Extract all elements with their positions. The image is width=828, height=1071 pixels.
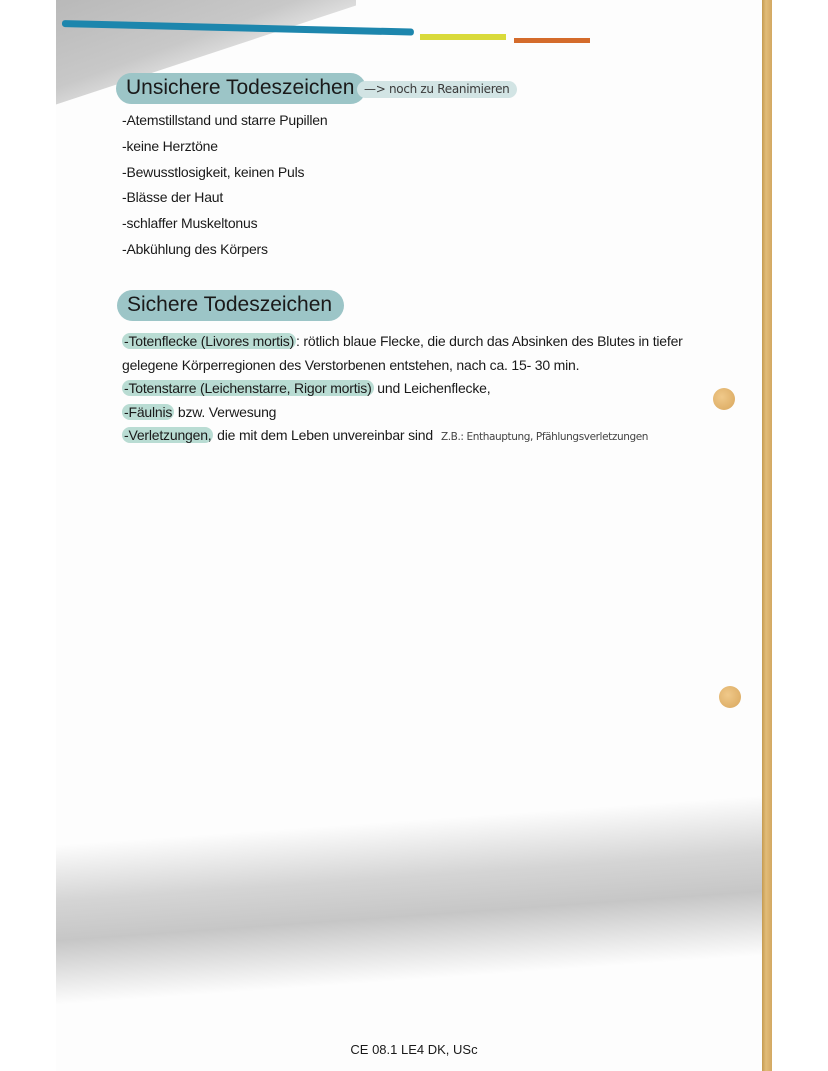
list-item: -Totenstarre (Leichenstarre, Rigor morti…	[122, 377, 722, 401]
list-item: -Abkühlung des Körpers	[122, 237, 327, 263]
list-item: -Blässe der Haut	[122, 185, 327, 211]
list-item: -Verletzungen, die mit dem Leben unverei…	[122, 424, 722, 450]
list-item: -Atemstillstand und starre Pupillen	[122, 108, 327, 134]
list-item: -keine Herztöne	[122, 134, 327, 160]
list-item: -Bewusstlosigkeit, keinen Puls	[122, 160, 327, 186]
highlighted-term: -Fäulnis	[122, 404, 174, 420]
reanimation-note: —> noch zu Reanimieren	[357, 81, 517, 98]
page-footer: CE 08.1 LE4 DK, USc	[0, 1042, 828, 1057]
heading-sichere-todeszeichen: Sichere Todeszeichen	[117, 290, 344, 321]
item-description: die mit dem Leben unvereinbar sind	[213, 427, 432, 443]
heading-unsichere-todeszeichen: Unsichere Todeszeichen	[116, 73, 366, 104]
unsichere-list: -Atemstillstand und starre Pupillen -kei…	[122, 108, 327, 263]
list-item: -Fäulnis bzw. Verwesung	[122, 401, 722, 425]
highlighted-term: -Verletzungen,	[122, 427, 213, 443]
list-item: -schlaffer Muskeltonus	[122, 211, 327, 237]
highlighted-term: -Totenstarre (Leichenstarre, Rigor morti…	[122, 380, 374, 396]
decorative-line-orange	[514, 38, 590, 43]
decorative-line-yellow	[420, 34, 506, 40]
scan-shadow-band	[56, 795, 770, 1005]
item-description: und Leichenflecke,	[374, 380, 491, 396]
handwritten-note: Z.B.: Enthauptung, Pfählungsverletzungen	[441, 431, 648, 443]
item-description: bzw. Verwesung	[174, 404, 276, 420]
list-item: -Totenflecke (Livores mortis): rötlich b…	[122, 330, 692, 377]
punch-hole-icon	[719, 686, 741, 708]
highlighted-term: -Totenflecke (Livores mortis)	[122, 333, 296, 349]
sichere-list: -Totenflecke (Livores mortis): rötlich b…	[122, 330, 722, 450]
right-margin	[772, 0, 828, 1071]
page-edge-strip	[762, 0, 772, 1071]
